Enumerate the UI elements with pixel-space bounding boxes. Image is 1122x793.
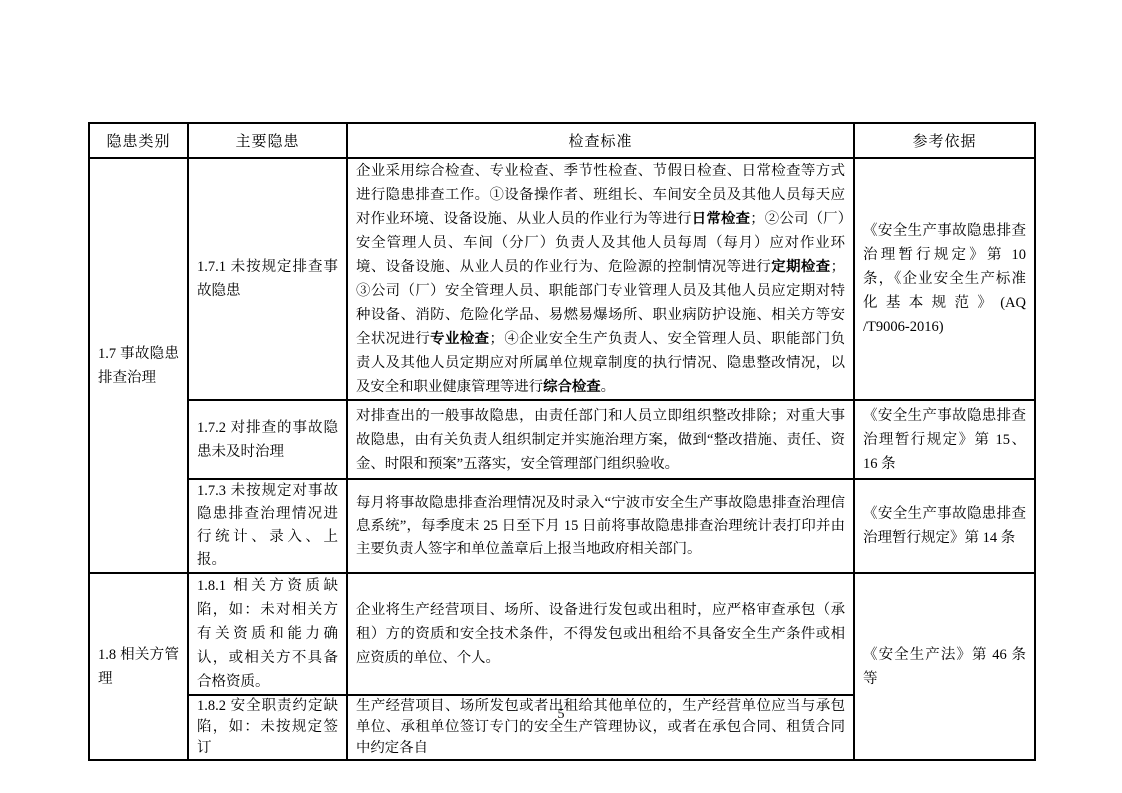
standard-cell-1-7-3: 每月将事故隐患排查治理情况及时录入“宁波市安全生产事故隐患排查治理信息系统”，每…: [347, 479, 854, 573]
table-row: 1.7.3 未按规定对事故隐患排查治理情况进行统计、录入、上报。 每月将事故隐患…: [89, 479, 1035, 573]
table-row: 1.8 相关方管理 1.8.1 相关方资质缺陷，如：未对相关方有关资质和能力确认…: [89, 573, 1035, 695]
standard-cell-1-7-1: 企业采用综合检查、专业检查、季节性检查、节假日检查、日常检查等方式进行隐患排查工…: [347, 158, 854, 400]
reference-cell-1-8: 《安全生产法》第 46 条等: [854, 573, 1035, 760]
column-header-hazard-category: 隐患类别: [89, 123, 188, 158]
reference-cell-1-7-3: 《安全生产事故隐患排查治理暂行规定》第 14 条: [854, 479, 1035, 573]
table-row: 1.7 事故隐患排查治理 1.7.1 未按规定排查事故隐患 企业采用综合检查、专…: [89, 158, 1035, 400]
column-header-reference: 参考依据: [854, 123, 1035, 158]
category-cell-1-8: 1.8 相关方管理: [89, 573, 188, 760]
reference-cell-1-7-1: 《安全生产事故隐患排查治理暂行规定》第 10 条，《企业安全生产标准化基本规范》…: [854, 158, 1035, 400]
hazard-cell-1-7-1: 1.7.1 未按规定排查事故隐患: [188, 158, 347, 400]
page-number: 5: [0, 707, 1122, 723]
table-header-row: 隐患类别 主要隐患 检查标准 参考依据: [89, 123, 1035, 158]
hazard-cell-1-7-2: 1.7.2 对排查的事故隐患未及时治理: [188, 400, 347, 479]
hazard-cell-1-7-3: 1.7.3 未按规定对事故隐患排查治理情况进行统计、录入、上报。: [188, 479, 347, 573]
table-row: 1.7.2 对排查的事故隐患未及时治理 对排查出的一般事故隐患，由责任部门和人员…: [89, 400, 1035, 479]
hazard-cell-1-8-1: 1.8.1 相关方资质缺陷，如：未对相关方有关资质和能力确认，或相关方不具备合格…: [188, 573, 347, 695]
standard-cell-1-8-1: 企业将生产经营项目、场所、设备进行发包或出租时，应严格审查承包（承租）方的资质和…: [347, 573, 854, 695]
standard-cell-1-7-2: 对排查出的一般事故隐患，由责任部门和人员立即组织整改排除；对重大事故隐患，由有关…: [347, 400, 854, 479]
document-page: 隐患类别 主要隐患 检查标准 参考依据 1.7 事故隐患排查治理 1.7.1 未…: [0, 0, 1122, 793]
hazard-cell-1-8-2: 1.8.2 安全职责约定缺陷，如：未按规定签订: [188, 695, 347, 760]
hazard-inspection-table: 隐患类别 主要隐患 检查标准 参考依据 1.7 事故隐患排查治理 1.7.1 未…: [88, 122, 1036, 761]
column-header-inspection-standard: 检查标准: [347, 123, 854, 158]
reference-cell-1-7-2: 《安全生产事故隐患排查治理暂行规定》第 15、16 条: [854, 400, 1035, 479]
standard-cell-1-8-2: 生产经营项目、场所发包或者出租给其他单位的，生产经营单位应当与承包单位、承租单位…: [347, 695, 854, 760]
category-cell-1-7: 1.7 事故隐患排查治理: [89, 158, 188, 573]
column-header-main-hazard: 主要隐患: [188, 123, 347, 158]
